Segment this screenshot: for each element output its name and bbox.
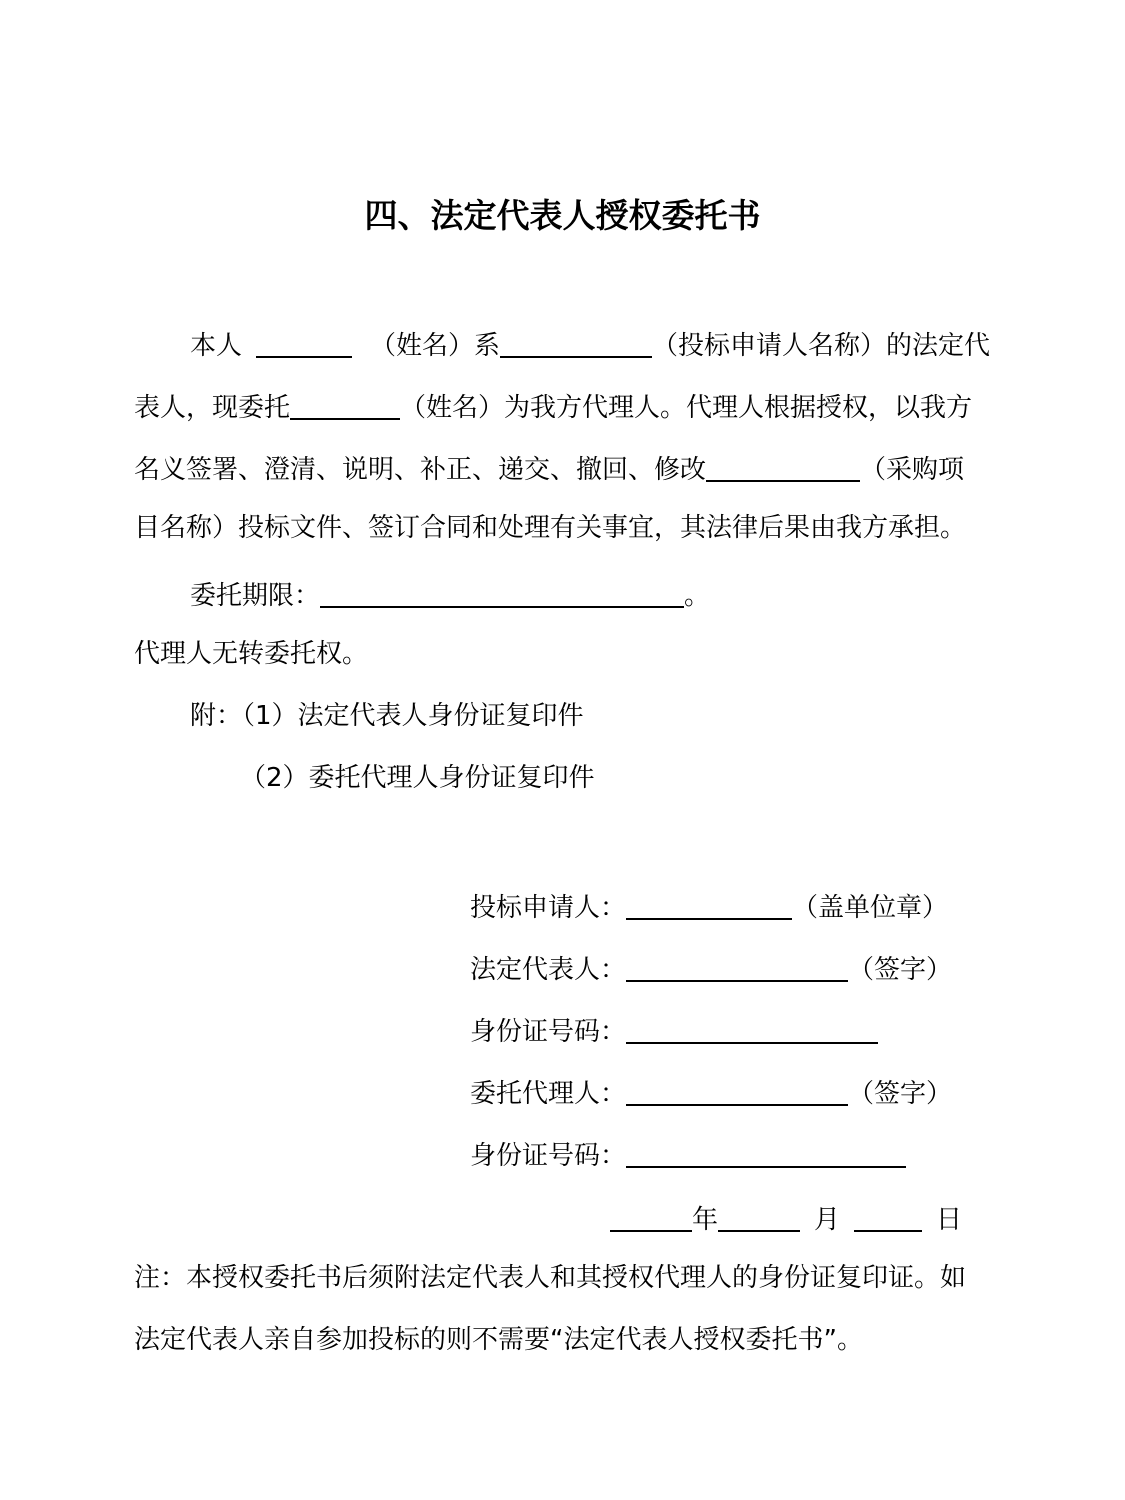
date-line: 年月日 [610, 1196, 962, 1240]
paragraph-line-1: 本人（姓名）系（投标申请人名称）的法定代 [190, 322, 990, 366]
signature-label: 身份证号码： [470, 1012, 626, 1052]
signature-suffix: （签字） [848, 1079, 952, 1109]
principal-name-blank[interactable] [256, 326, 352, 358]
paragraph-line-3: 名义签署、澄清、说明、补正、递交、撤回、修改（采购项 [134, 446, 964, 490]
term-blank[interactable] [320, 576, 684, 608]
day-blank[interactable] [854, 1200, 922, 1232]
project-name-blank[interactable] [706, 450, 860, 482]
year-blank[interactable] [610, 1200, 692, 1232]
legal-rep-signature-blank[interactable] [626, 950, 848, 982]
signature-label: 身份证号码： [470, 1136, 626, 1176]
document-page: 四、法定代表人授权委托书 本人（姓名）系（投标申请人名称）的法定代 表人，现委托… [0, 0, 1125, 1500]
text-segment: （采购项 [860, 455, 964, 485]
month-blank[interactable] [718, 1200, 800, 1232]
text-segment: （姓名）系 [370, 331, 500, 361]
month-label: 月 [814, 1205, 840, 1235]
signature-row-agent: 委托代理人：（签字） [470, 1070, 952, 1114]
no-subdelegation-text: 代理人无转委托权。 [134, 634, 368, 674]
signature-label: 投标申请人： [470, 888, 626, 928]
signature-suffix: （盖单位章） [792, 893, 948, 923]
text-segment: （投标申请人名称）的法定代 [652, 331, 990, 361]
signature-row-agent-id: 身份证号码： [470, 1132, 906, 1176]
signature-suffix: （签字） [848, 955, 952, 985]
term-line: 委托期限：。 [190, 572, 710, 616]
term-end: 。 [684, 581, 710, 611]
note-line-1: 注：本授权委托书后须附法定代表人和其授权代理人的身份证复印证。如 [134, 1258, 966, 1298]
signature-label: 委托代理人： [470, 1074, 626, 1114]
paragraph-line-4: 目名称）投标文件、签订合同和处理有关事宜，其法律后果由我方承担。 [134, 508, 966, 548]
text-segment: （姓名）为我方代理人。代理人根据授权，以我方 [400, 393, 972, 423]
applicant-seal-blank[interactable] [626, 888, 792, 920]
text-segment: 名义签署、澄清、说明、补正、递交、撤回、修改 [134, 455, 706, 485]
term-label: 委托期限： [190, 581, 320, 611]
applicant-name-blank[interactable] [500, 326, 652, 358]
agent-signature-blank[interactable] [626, 1074, 848, 1106]
document-title: 四、法定代表人授权委托书 [0, 192, 1125, 240]
signature-row-applicant: 投标申请人：（盖单位章） [470, 884, 948, 928]
text-segment: 本人 [190, 331, 242, 361]
attachment-item-1: 附：（1）法定代表人身份证复印件 [190, 696, 584, 736]
agent-id-blank[interactable] [626, 1136, 906, 1168]
signature-label: 法定代表人： [470, 950, 626, 990]
agent-name-blank[interactable] [290, 388, 400, 420]
year-label: 年 [692, 1205, 718, 1235]
signature-row-legal-rep: 法定代表人：（签字） [470, 946, 952, 990]
attachment-item-2: （2）委托代理人身份证复印件 [240, 758, 595, 798]
signature-row-legal-rep-id: 身份证号码： [470, 1008, 878, 1052]
legal-rep-id-blank[interactable] [626, 1012, 878, 1044]
text-segment: 表人，现委托 [134, 393, 290, 423]
day-label: 日 [936, 1205, 962, 1235]
paragraph-line-2: 表人，现委托（姓名）为我方代理人。代理人根据授权，以我方 [134, 384, 972, 428]
note-line-2: 法定代表人亲自参加投标的则不需要“法定代表人授权委托书”。 [134, 1320, 863, 1360]
